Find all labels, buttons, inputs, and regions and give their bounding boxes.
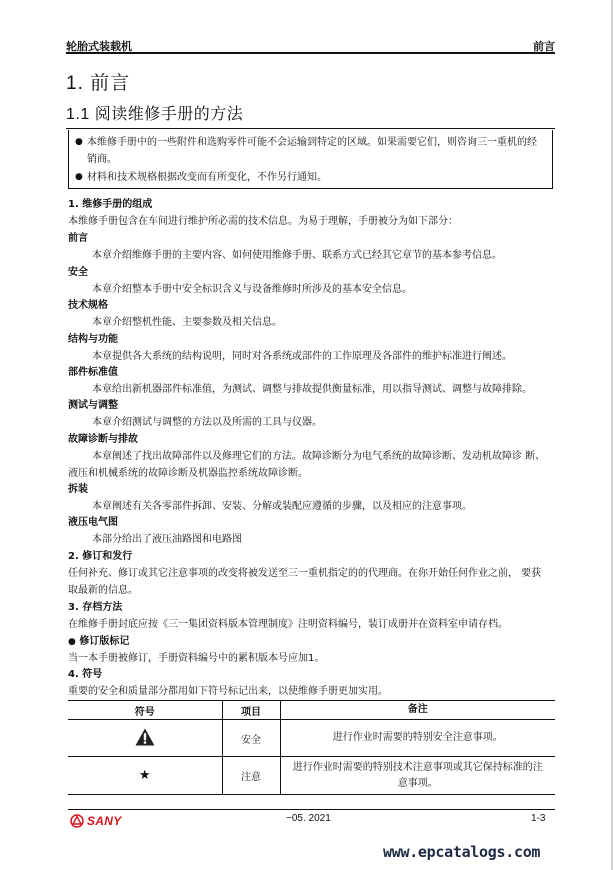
part-desc-continuation: 液压和机械系统的故障诊断及机器监控系统故障诊断。 (68, 464, 308, 479)
header-rule (66, 52, 555, 54)
section-heading: 2. 修订和发行 (68, 547, 132, 562)
item-cell: 注意 (222, 757, 280, 795)
notice-item: ● 材料和技术规格根据改变而有所变化，不作另行通知。 (75, 168, 327, 187)
paragraph-continuation: 取最新的信息。 (68, 581, 138, 596)
bullet-icon: ● (68, 637, 76, 647)
paragraph: 重要的安全和质量部分都用如下符号标记出来，以使维修手册更加实用。 (68, 682, 388, 697)
part-desc: 本章介绍整本手册中安全标识含义与设备维修时所涉及的基本安全信息。 (92, 280, 412, 295)
symbol-cell (68, 720, 222, 757)
part-desc: 本章介绍测试与调整的方法以及所需的工具与仪器。 (92, 413, 322, 428)
note-cell: 进行作业时需要的特别安全注意事项。 (280, 720, 555, 757)
paragraph: 在维修手册封底应按《三一集团资料版本管理制度》注明资料编号，装订成册并在资料室申… (68, 615, 508, 630)
footer-rule (68, 809, 555, 810)
sany-logo-icon (70, 814, 84, 828)
column-header-note: 备注 (280, 701, 555, 720)
part-title: 前言 (68, 229, 88, 244)
section-title: 1.1 阅读维修手册的方法 (66, 101, 243, 124)
item-cell: 安全 (222, 720, 280, 757)
bullet-icon: ● (75, 168, 83, 187)
part-desc: 本章阐述有关各零部件拆卸、安装、分解或装配应遵循的步骤，以及相应的注意事项。 (92, 497, 472, 512)
section-rule (66, 128, 555, 129)
part-desc: 本章提供各大系统的结构说明，同时对各系统或部件的工作原理及各部件的维护标准进行阐… (92, 347, 512, 362)
part-desc: 本部分给出了液压油路图和电路图 (92, 530, 242, 545)
warning-triangle-icon (135, 728, 155, 746)
brand-name: SANY (87, 814, 122, 828)
sub-heading: ● 修订版标记 (68, 632, 129, 647)
part-title: 液压电气图 (68, 513, 118, 528)
section-heading: 3. 存档方法 (68, 598, 122, 613)
chapter-title: 1. 前言 (66, 68, 130, 95)
section-heading: 1. 维修手册的组成 (68, 195, 152, 210)
page-number: 1-3 (531, 813, 545, 824)
watermark: www.epcatalogs.com (383, 843, 540, 861)
section-heading: 4. 符号 (68, 665, 102, 680)
table-row: ★ 注意 进行作业时需要的特别技术注意事项或其它保持标准的注意事项。 (68, 757, 555, 795)
part-title: 安全 (68, 263, 88, 278)
star-icon: ★ (68, 757, 222, 795)
part-title: 部件标准值 (68, 363, 118, 378)
notice-box: ● 本维修手册中的一些附件和选购零件可能不会运输到特定的区域。如果需要它们，则咨… (68, 130, 553, 189)
part-title: 测试与调整 (68, 396, 118, 411)
table-header-row: 符号 项目 备注 (68, 701, 555, 720)
part-title: 结构与功能 (68, 330, 118, 345)
notice-item: ● 本维修手册中的一些附件和选购零件可能不会运输到特定的区域。如果需要它们，则咨… (75, 133, 537, 152)
column-header-symbol: 符号 (68, 701, 222, 720)
paragraph: 当一本手册被修订，手册资料编号中的累积版本号应加1。 (68, 649, 324, 664)
symbols-table: 符号 项目 备注 安全 进行作业时需要的特别安全注意事项。 ★ 注意 进行作业时… (68, 700, 555, 795)
part-title: 拆装 (68, 480, 88, 495)
part-desc: 本章介绍维修手册的主要内容、如何使用维修手册、联系方式已经其它章节的基本参考信息… (92, 246, 502, 261)
part-desc: 本章给出新机器部件标准值，为测试、调整与排故提供衡量标准，用以指导测试、调整与故… (92, 380, 532, 395)
table-row: 安全 进行作业时需要的特别安全注意事项。 (68, 720, 555, 757)
page-edge (611, 0, 613, 870)
brand-logo: SANY (70, 813, 122, 829)
notice-item-continuation: 销商。 (75, 150, 117, 169)
paragraph: 本维修手册包含在车间进行维护所必需的技术信息。为易于理解，手册被分为如下部分： (68, 212, 458, 227)
part-title: 故障诊断与排故 (68, 430, 138, 445)
footer-date: −05. 2021 (286, 813, 331, 824)
paragraph: 任何补充、修订或其它注意事项的改变将被发送至三一重机指定的的代理商。在你开始任何… (68, 564, 541, 579)
note-cell: 进行作业时需要的特别技术注意事项或其它保持标准的注意事项。 (280, 757, 555, 795)
part-title: 技术规格 (68, 296, 108, 311)
column-header-item: 项目 (222, 701, 280, 720)
part-desc: 本章阐述了找出故障部件以及修理它们的方法。故障诊断分为电气系统的故障诊断、发动机… (92, 447, 545, 462)
part-desc: 本章介绍整机性能、主要参数及相关信息。 (92, 313, 282, 328)
